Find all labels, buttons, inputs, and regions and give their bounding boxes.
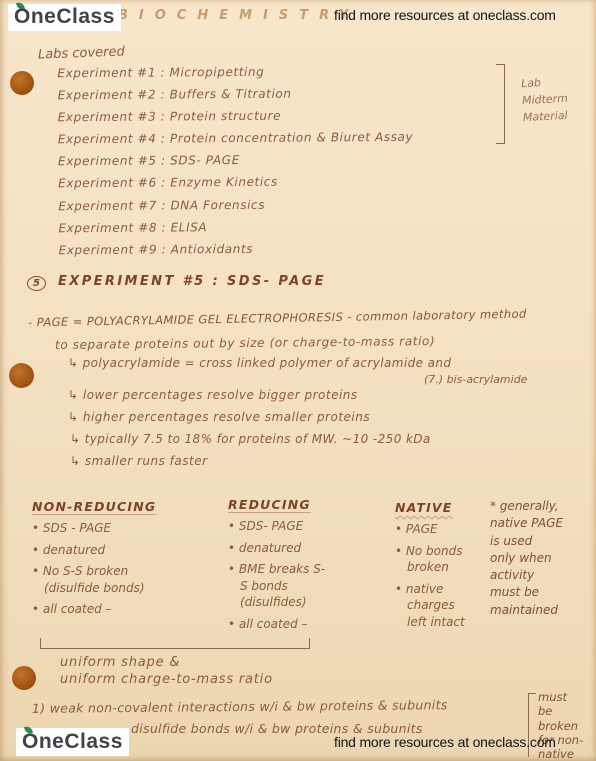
side-note-line: * generally,	[490, 498, 563, 515]
bottom-side-note-line: must	[538, 690, 583, 704]
native-page-side-note: * generally,native PAGEis usedonly whena…	[490, 498, 563, 619]
hole-punch	[12, 666, 36, 690]
lab-midterm-note: LabMidtermMaterial	[521, 73, 569, 126]
columns-underbrace	[40, 638, 310, 649]
page-definition-line1: - PAGE = POLYACRYLAMIDE GEL ELECTROPHORE…	[28, 307, 527, 330]
oneclass-logo-bottom[interactable]: OneClass	[16, 728, 129, 756]
point-polyacrylamide: ↳ polyacrylamide = cross linked polymer …	[68, 356, 451, 370]
side-note-line: must be	[490, 584, 563, 601]
experiment-line: Experiment #2 : Buffers & Titration	[57, 82, 412, 107]
page-definition-line2: to separate proteins out by size (or cha…	[55, 334, 435, 352]
experiments-list: Experiment #1 : MicropipettingExperiment…	[57, 60, 414, 261]
midterm-bracket	[496, 64, 505, 144]
column-reducing: REDUCING SDS- PAGEdenaturedBME breaks S-…	[228, 497, 332, 637]
circled-section-number: 5	[27, 276, 46, 291]
hole-punch	[9, 363, 34, 388]
find-more-link-top[interactable]: find more resources at oneclass.com	[334, 7, 556, 23]
side-note-line: is used	[490, 533, 563, 550]
point-higher-percentages: ↳ higher percentages resolve smaller pro…	[68, 410, 370, 424]
experiment-line: Experiment #7 : DNA Forensics	[58, 192, 413, 217]
column-item: all coated –	[228, 616, 332, 633]
column-item: PAGE	[395, 521, 465, 538]
hole-punch	[10, 71, 34, 95]
oneclass-logo-text: OneClass	[22, 730, 123, 754]
point-lower-percentages: ↳ lower percentages resolve bigger prote…	[68, 388, 358, 402]
experiment-line: Experiment #8 : ELISA	[58, 214, 413, 239]
column-items: PAGENo bonds brokennative charges left i…	[395, 521, 465, 630]
underbrace-label-line2: uniform charge-to-mass ratio	[60, 672, 273, 687]
underbrace-label-line1: uniform shape &	[60, 655, 180, 670]
point-smaller-runs-faster: ↳ smaller runs faster	[70, 454, 208, 468]
experiment-line: Experiment #3 : Protein structure	[58, 104, 413, 129]
oneclass-logo-top[interactable]: OneClass	[8, 4, 121, 31]
point-typical-range: ↳ typically 7.5 to 18% for proteins of M…	[70, 432, 431, 446]
bottom-side-note-line: broken	[538, 719, 583, 733]
column-title: REDUCING	[228, 497, 332, 512]
experiment-line: Experiment #1 : Micropipetting	[57, 60, 412, 85]
side-note-line: maintained	[490, 602, 563, 619]
find-more-link-bottom[interactable]: find more resources at oneclass.com	[334, 734, 556, 750]
side-note-line: activity	[490, 567, 563, 584]
column-item: all coated –	[32, 601, 158, 618]
column-item: denatured	[228, 540, 332, 557]
column-title: NON-REDUCING	[32, 499, 158, 514]
experiment-line: Experiment #4 : Protein concentration & …	[58, 126, 413, 151]
column-item: denatured	[32, 542, 158, 559]
oneclass-logo-text: OneClass	[14, 5, 115, 29]
column-item: native charges left intact	[395, 581, 465, 631]
bottom-side-note: mustbebrokenfor non-native	[538, 690, 583, 761]
column-item: SDS - PAGE	[32, 520, 158, 537]
point-polyacrylamide-cont: (7.) bis-acrylamide	[424, 373, 527, 386]
experiment-line: Experiment #5 : SDS- PAGE	[58, 148, 413, 173]
side-note-line: only when	[490, 550, 563, 567]
experiment-line: Experiment #6 : Enzyme Kinetics	[58, 170, 413, 195]
biochemistry-watermark: BIOCHEMISTRY	[118, 8, 359, 23]
column-item: No bonds broken	[395, 543, 465, 576]
section-title: EXPERIMENT #5 : SDS- PAGE	[58, 274, 326, 289]
column-items: SDS- PAGEdenaturedBME breaks S-S bonds (…	[228, 518, 332, 632]
column-native: NATIVE PAGENo bonds brokennative charges…	[395, 500, 465, 635]
labs-covered-title: Labs covered	[38, 44, 125, 62]
column-items: SDS - PAGEdenaturedNo S-S broken (disulf…	[32, 520, 158, 618]
column-non-reducing: NON-REDUCING SDS - PAGEdenaturedNo S-S b…	[32, 499, 158, 623]
column-item: No S-S broken (disulfide bonds)	[32, 563, 158, 596]
column-title: NATIVE	[395, 500, 465, 515]
column-item: SDS- PAGE	[228, 518, 332, 535]
midterm-note-line: Material	[522, 107, 569, 126]
bottom-side-note-line: be	[538, 704, 583, 718]
side-note-line: native PAGE	[490, 515, 563, 532]
notebook-page: BIOCHEMISTRY OneClass find more resource…	[0, 0, 596, 761]
column-item: BME breaks S-S bonds (disulfides)	[228, 561, 332, 611]
bottom-note-line1: 1) weak non-covalent interactions w/i & …	[32, 697, 448, 716]
experiment-line: Experiment #9 : Antioxidants	[59, 237, 414, 262]
